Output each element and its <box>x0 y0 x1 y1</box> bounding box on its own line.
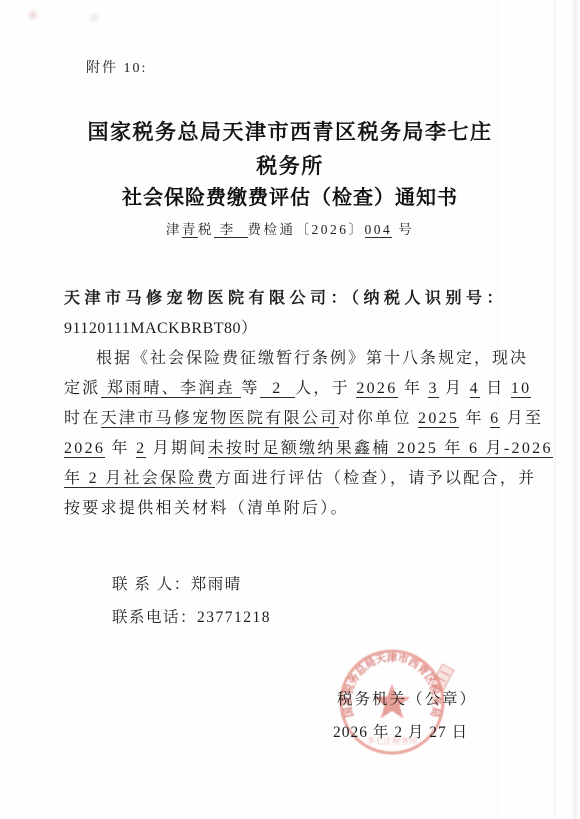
body-text: 对你单位 <box>339 410 419 427</box>
inspection-location: 天津市马修宠物医院有限公司 <box>101 410 339 428</box>
period-start-year: 2025 <box>418 410 459 428</box>
inspection-matter-cont: 年 2 月社会保险费 <box>64 470 215 488</box>
body-line-4: 定派 郑雨晴、李润垚 等 2 人，于 2026 年 3 月 4 日 10 <box>64 374 518 404</box>
body-line-3: 根据《社会保险费征缴暂行条例》第十八条规定，现决 <box>64 344 518 374</box>
inspection-hour: 10 <box>511 380 532 398</box>
doc-number-part: 费检通〔2026〕 <box>248 222 365 237</box>
period-start-month: 6 <box>490 410 500 428</box>
body-text: 日 <box>480 380 511 397</box>
body-text: 年 <box>459 410 490 427</box>
document-title-line1: 国家税务总局天津市西青区税务局李七庄 <box>0 116 580 146</box>
recipient-company-line: 天津市马修宠物医院有限公司：（纳税人识别号： <box>64 284 518 314</box>
body-text: 年 <box>105 440 136 457</box>
period-end-month: 2 <box>136 440 146 458</box>
taxpayer-id-line: 91120111MACKBRBT80） <box>64 314 518 344</box>
document-title-line2: 税务所 <box>0 150 580 180</box>
body-text: 月至 <box>500 410 543 427</box>
doc-number: 津青税 李 费检通〔2026〕004 号 <box>0 218 580 238</box>
period-end-year: 2026 <box>64 440 105 458</box>
doc-number-part: 津 <box>166 222 182 237</box>
inspection-matter: 未按时足额缴纳果鑫楠 2025 年 6 月-2026 <box>208 440 553 458</box>
body-line-7: 年 2 月社会保险费方面进行评估（检查），请予以配合，并 <box>64 464 518 494</box>
scan-artifact <box>86 12 102 23</box>
inspection-year: 2026 <box>356 380 397 398</box>
contact-block: 联 系 人：郑雨晴 联系电话：23771218 <box>112 568 271 634</box>
body-line-5: 时在天津市马修宠物医院有限公司对你单位 2025 年 6 月至 <box>64 404 518 434</box>
date-line: 2026 年 2 月 27 日 <box>333 720 468 742</box>
authority-line: 税务机关（公章） <box>337 687 477 709</box>
doc-number-fill: 李 <box>214 222 248 238</box>
body-text: 定派 <box>64 380 101 397</box>
contact-person: 联 系 人：郑雨晴 <box>112 568 271 601</box>
contact-phone: 联系电话：23771218 <box>112 601 271 634</box>
body-text: 等 <box>241 380 259 397</box>
body-line-8: 按要求提供相关材料（清单附后）。 <box>64 494 518 524</box>
notice-body: 天津市马修宠物医院有限公司：（纳税人识别号： 91120111MACKBRBT8… <box>64 284 518 524</box>
inspection-month: 3 <box>428 380 438 398</box>
body-text: 年 <box>398 380 429 397</box>
body-text: 方面进行评估（检查），请予以配合，并 <box>215 470 536 487</box>
body-text: 人，于 <box>295 380 356 397</box>
doc-number-fill: 青 <box>182 222 198 238</box>
doc-number-part: 税 <box>198 222 214 237</box>
inspector-names: 郑雨晴、李润垚 <box>101 380 242 398</box>
doc-number-part: 号 <box>392 222 414 237</box>
body-text: 时在 <box>64 410 101 427</box>
body-text: 月期间 <box>146 440 207 457</box>
inspector-count: 2 <box>260 380 296 398</box>
body-text: 月 <box>439 380 470 397</box>
document-subtitle: 社会保险费缴费评估（检查）通知书 <box>0 181 580 210</box>
document-page: 附件 10: 国家税务总局天津市西青区税务局李七庄 税务所 社会保险费缴费评估（… <box>0 0 580 819</box>
inspection-day: 4 <box>470 380 480 398</box>
body-line-6: 2026 年 2 月期间未按时足额缴纳果鑫楠 2025 年 6 月-2026 <box>64 434 518 464</box>
attachment-label: 附件 10: <box>86 57 147 77</box>
scan-artifact <box>26 8 40 22</box>
doc-number-fill: 004 <box>365 222 393 238</box>
